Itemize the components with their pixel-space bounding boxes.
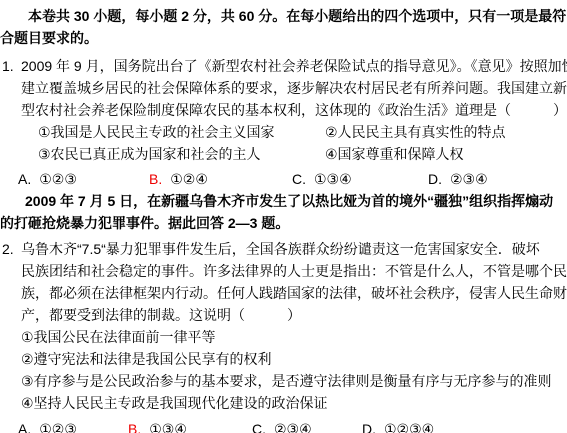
answer-option-value: ①②③④ (384, 421, 434, 433)
answer-option-label: C. (252, 418, 266, 433)
choice-statement-3: ③有序参与是公民政治参与的基本要求，是否遵守法律则是衡量有序与无序参与的准则 (21, 370, 567, 392)
choice-statement-4: ④坚持人民民主专政是我国现代化建设的政治保证 (21, 392, 567, 414)
choice-statement-1: ①我国是人民民主专政的社会主义国家 (38, 121, 275, 143)
question-1-number: 1. (2, 55, 14, 77)
answer-option-a: A.①②③ (18, 168, 77, 190)
passage-line-2: 的打砸抢烧暴力犯罪事件。据此回答 2—3 题。 (0, 212, 567, 234)
answer-option-b: B.①③④ (128, 418, 187, 433)
answer-option-value: ①②③ (39, 421, 77, 433)
answer-option-c: C.②③④ (252, 418, 312, 433)
answer-option-value: ①③④ (149, 421, 187, 433)
question-1-choice-row: ①我国是人民民主专政的社会主义国家 ②人民民主具有真实性的特点 (0, 121, 567, 143)
answer-option-value: ①②③ (39, 171, 77, 187)
answer-option-value: ①③④ (314, 171, 352, 187)
question-1-body-line: 建立覆盖城乡居民的社会保障体系的要求，逐步解决农村居民老有所养问题。我国建立新 (21, 77, 567, 99)
question-2-body-line: 族，都必须在法律框架内行动。任何人践踏国家的法律，破坏社会秩序，侵害人民生命财 (21, 282, 567, 304)
question-1-answer-row: A.①②③ B.①②④ C.①③④ D.②③④ (0, 168, 567, 190)
answer-option-c: C.①③④ (292, 168, 352, 190)
answer-option-label: D. (428, 168, 442, 190)
question-2-body-line: 产，都要受到法律的制裁。这说明（ ） (21, 304, 567, 326)
question-2: 2. 乌鲁木齐“7.5“暴力犯罪事件发生后，全国各族群众纷纷谴责这一危害国家安全… (0, 238, 567, 414)
choice-statement-1: ①我国公民在法律面前一律平等 (21, 326, 567, 348)
answer-option-label: A. (18, 418, 31, 433)
question-1: 1. 2009 年 9 月，国务院出台了《新型农村社会养老保险试点的指导意见》。… (0, 55, 567, 121)
passage-line-1: 2009 年 7 月 5 日，在新疆乌鲁木齐市发生了以热比娅为首的境外“疆独”组… (0, 190, 567, 212)
question-1-choice-row: ③农民已真正成为国家和社会的主人 ④国家尊重和保障人权 (0, 143, 567, 165)
answer-option-value: ①②④ (170, 171, 208, 187)
instructions-line-2: 合题目要求的。 (0, 27, 567, 49)
answer-option-d: D.②③④ (428, 168, 488, 190)
answer-option-label: D. (362, 418, 376, 433)
question-1-body-line: 2009 年 9 月，国务院出台了《新型农村社会养老保险试点的指导意见》。《意见… (21, 55, 567, 77)
passage-2-3: 2009 年 7 月 5 日，在新疆乌鲁木齐市发生了以热比娅为首的境外“疆独”组… (0, 190, 567, 234)
question-1-body-line: 型农村社会养老保险制度保障农民的基本权利，这体现的《政治生活》道理是（ ） (21, 99, 567, 121)
answer-option-b: B.①②④ (149, 168, 208, 190)
answer-option-label: B. (128, 418, 141, 433)
question-2-body-line: 乌鲁木齐“7.5“暴力犯罪事件发生后，全国各族群众纷纷谴责这一危害国家安全．破坏 (21, 238, 567, 260)
choice-statement-4: ④国家尊重和保障人权 (325, 143, 464, 165)
question-2-body-line: 民族团结和社会稳定的事件。许多法律界的人士更是指出：不管是什么人，不管是哪个民 (21, 260, 567, 282)
instructions-line-1: 本卷共 30 小题，每小题 2 分，共 60 分。在每小题给出的四个选项中，只有… (0, 5, 567, 27)
answer-option-value: ②③④ (450, 171, 488, 187)
answer-option-label: A. (18, 168, 31, 190)
choice-statement-3: ③农民已真正成为国家和社会的主人 (38, 143, 261, 165)
question-2-answer-row: A.①②③ B.①③④ C.②③④ D.①②③④ (0, 418, 567, 433)
exam-instructions: 本卷共 30 小题，每小题 2 分，共 60 分。在每小题给出的四个选项中，只有… (0, 5, 567, 49)
answer-option-label: B. (149, 168, 162, 190)
answer-option-d: D.①②③④ (362, 418, 434, 433)
answer-option-value: ②③④ (274, 421, 312, 433)
answer-option-label: C. (292, 168, 306, 190)
answer-option-a: A.①②③ (18, 418, 77, 433)
choice-statement-2: ②遵守宪法和法律是我国公民享有的权利 (21, 348, 567, 370)
exam-document: { "colors": { "background": "#ffffff", "… (0, 0, 567, 433)
choice-statement-2: ②人民民主具有真实性的特点 (325, 121, 506, 143)
question-2-number: 2. (2, 238, 14, 260)
